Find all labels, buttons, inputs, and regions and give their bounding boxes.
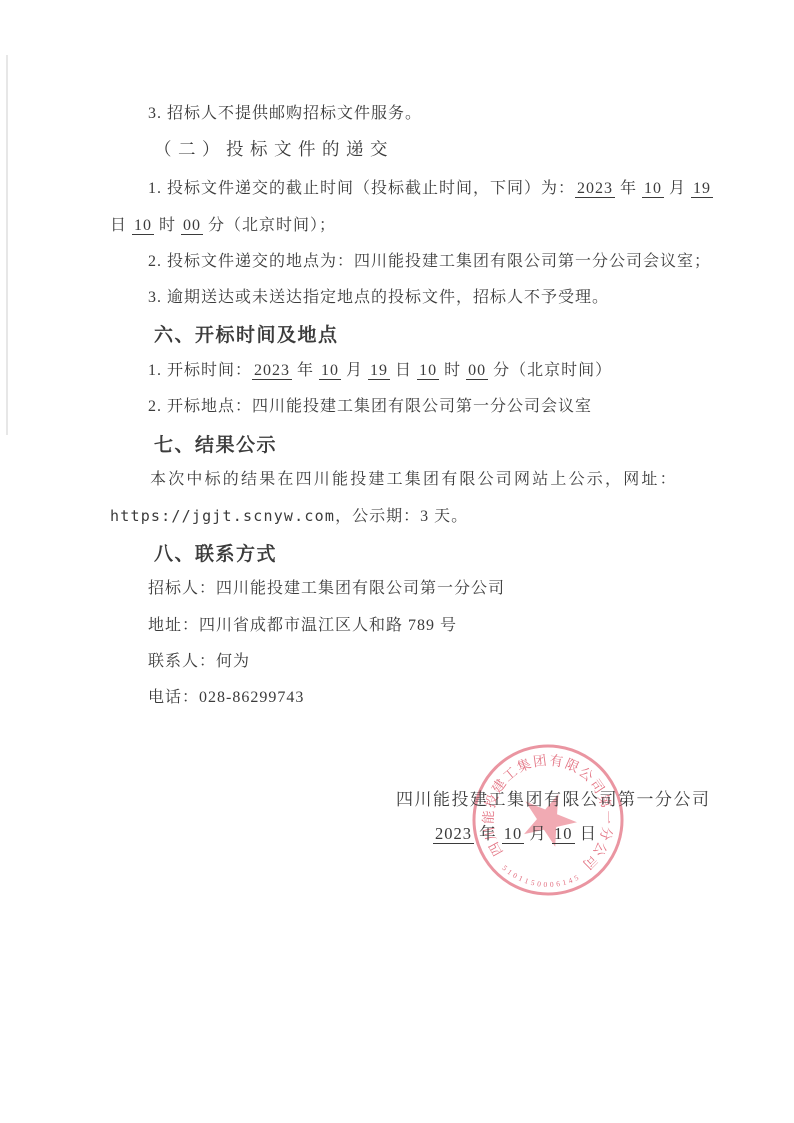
stamp-serial-digit: 0 [546,880,557,891]
line-result-part2: https://jgjt.scnyw.com，公示期：3 天。 [110,503,686,539]
text-segment: 2. 投标文件递交的地点为：四川能投建工集团有限公司第一分公司会议室； [148,253,711,270]
line-submission-deadline-part1: 1. 投标文件递交的截止时间（投标截止时间，下同）为：2023 年 10 月 1… [148,175,686,211]
line-submission-place: 2. 投标文件递交的地点为：四川能投建工集团有限公司第一分公司会议室； [148,248,686,284]
stamp-serial-digit: 4 [564,875,577,888]
text-segment: 七、结果公示 [154,435,277,456]
underlined-value: 10 [417,362,439,380]
stamp-ring-char: 工 [498,762,523,787]
stamp-serial-digit: 0 [540,880,550,890]
line-tenderer: 招标人：四川能投建工集团有限公司第一分公司 [148,575,686,611]
text-segment: ，公示期：3 天。 [335,508,468,525]
underlined-value: 00 [181,217,203,235]
text-segment: 电话：028-86299743 [148,689,304,706]
text-segment: 1. 开标时间： [148,362,252,379]
line-submission-deadline-part2: 日 10 时 00 分（北京时间）； [110,212,686,248]
text-segment: 日 [390,362,417,379]
line-no-mail-service: 3. 招标人不提供邮购招标文件服务。 [148,100,686,136]
stamp-serial-digit: 5 [527,877,539,889]
underlined-value: 2023 [252,362,292,380]
underlined-value: 10 [319,362,341,380]
stamp-ring-char: 限 [560,754,584,778]
underlined-value: 2023 [433,824,474,844]
text-segment: 分（北京时间） [488,362,612,379]
text-segment: 日 [110,217,132,234]
text-segment: 3. 逾期送达或未送达指定地点的投标文件，招标人不予受理。 [148,289,609,306]
stamp-ring-char: 一 [598,808,617,827]
stamp-serial-digit: 1 [514,872,527,885]
stamp-serial-digit: 5 [570,872,583,885]
text-segment: 月 [664,180,691,197]
text-segment: 六、开标时间及地点 [154,325,339,346]
underlined-value: 19 [368,362,390,380]
text-segment: （二）投标文件的递交 [154,139,394,159]
stamp-ring-char: 有 [546,751,566,771]
heading-eight-contact: 八、联系方式 [154,539,686,576]
line-late-delivery: 3. 逾期送达或未送达指定地点的投标文件，招标人不予受理。 [148,284,686,320]
text-segment: 分（北京时间）； [203,217,336,234]
underlined-value: 19 [691,180,713,198]
stamp-ring-char: 团 [530,751,550,771]
text-segment: 1. 投标文件递交的截止时间（投标截止时间，下同）为： [148,180,575,197]
stamp-ring-char: 分 [595,823,617,845]
underlined-value: 10 [132,217,154,235]
text-segment: 2. 开标地点：四川能投建工集团有限公司第一分公司会议室 [148,398,592,415]
text-segment: 八、联系方式 [154,544,277,565]
text-segment: 联系人：何为 [148,653,250,670]
subheading-bid-document-submission: （二）投标文件的递交 [154,136,686,175]
stamp-serial-digit: 1 [502,865,516,879]
heading-six-bid-opening: 六、开标时间及地点 [154,320,686,357]
line-address: 地址：四川省成都市温江区人和路 789 号 [148,612,686,648]
text-segment: 日 [575,824,598,843]
stamp-ring-char: 公 [573,762,598,787]
signature-date: 2023 年 10 月 10 日 [433,820,597,844]
stamp-ring-char: 司 [577,849,602,874]
text-segment: https://jgjt.scnyw.com [110,507,335,525]
text-segment: 月 [341,362,368,379]
stamp-serial-digit: 0 [508,869,522,883]
stamp-ring-char: 集 [512,754,536,778]
text-segment: 时 [154,217,181,234]
line-opening-place: 2. 开标地点：四川能投建工集团有限公司第一分公司会议室 [148,393,686,429]
stamp-serial-digit: 6 [552,878,563,889]
text-segment: 3. 招标人不提供邮购招标文件服务。 [148,105,422,122]
stamp-serial-digit: 5 [497,861,511,875]
text-segment: 年 [292,362,319,379]
text-segment: 本次中标的结果在四川能投建工集团有限公司网站上公示，网址： [150,471,678,488]
line-phone: 电话：028-86299743 [148,684,686,720]
underlined-value: 10 [552,824,575,844]
stamp-ring-text: 四川能投建工集团有限公司第一分公司 [480,730,638,752]
underlined-value: 00 [466,362,488,380]
line-opening-time: 1. 开标时间：2023 年 10 月 19 日 10 时 00 分（北京时间） [148,357,686,393]
underlined-value: 2023 [575,180,615,198]
stamp-serial: 5101150006145 [480,730,638,752]
stamp-serial-digit: 1 [520,875,533,888]
text-segment: 年 [615,180,642,197]
document-page: 3. 招标人不提供邮购招标文件服务。（二）投标文件的递交1. 投标文件递交的截止… [0,0,794,1123]
stamp-serial-digit: 1 [558,877,570,889]
underlined-value: 10 [502,824,525,844]
text-segment: 地址：四川省成都市温江区人和路 789 号 [148,617,457,634]
text-segment: 月 [524,824,552,843]
signature-company: 四川能投建工集团有限公司第一分公司 [396,785,711,810]
text-segment: 时 [439,362,466,379]
document-lines: 3. 招标人不提供邮购招标文件服务。（二）投标文件的递交1. 投标文件递交的截止… [0,100,794,721]
heading-seven-result-publicity: 七、结果公示 [154,430,686,467]
line-contact-person: 联系人：何为 [148,648,686,684]
line-result-part1: 本次中标的结果在四川能投建工集团有限公司网站上公示，网址： [150,466,686,502]
stamp-serial-digit: 0 [533,879,544,890]
underlined-value: 10 [642,180,664,198]
text-segment: 招标人：四川能投建工集团有限公司第一分公司 [148,580,505,597]
text-segment: 年 [474,824,502,843]
